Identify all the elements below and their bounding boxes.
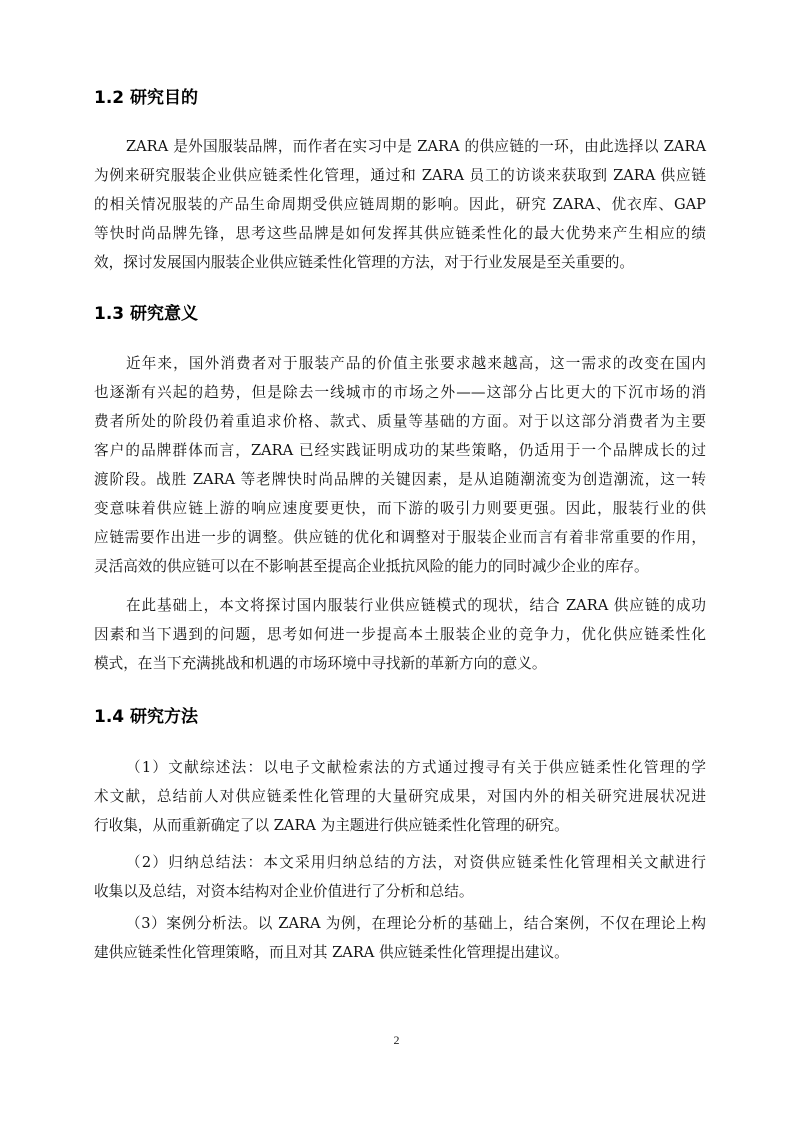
paragraph-line: 等快时尚品牌先锋，思考这些品牌是如何发挥其供应链柔性化的最大优势来产生相应的绩	[94, 224, 706, 244]
paragraph-line: 渡阶段。战胜 ZARA 等老牌快时尚品牌的关键因素，是从追随潮流变为创造潮流，这…	[94, 470, 706, 490]
paragraph-line: 模式，在当下充满挑战和机遇的市场环境中寻找新的革新方向的意义。	[94, 654, 706, 674]
section-heading-1-4: 1.4 研究方法	[94, 707, 198, 727]
paragraph-line: 在此基础上，本文将探讨国内服装行业供应链模式的现状，结合 ZARA 供应链的成功	[126, 596, 706, 616]
paragraph-line: 收集以及总结，对资本结构对企业价值进行了分析和总结。	[94, 882, 706, 902]
paragraph-line: 灵活高效的供应链可以在不影响甚至提高企业抵抗风险的能力的同时减少企业的库存。	[94, 557, 706, 577]
paragraph-line: 变意味着供应链上游的响应速度要更快，而下游的吸引力则要更强。因此，服装行业的供	[94, 499, 706, 519]
paragraph-line: （3）案例分析法。以 ZARA 为例，在理论分析的基础上，结合案例，不仅在理论上…	[126, 914, 706, 934]
paragraph-line: 为例来研究服装企业供应链柔性化管理，通过和 ZARA 员工的访谈来获取到 ZAR…	[94, 166, 706, 186]
document-page: 1.2 研究目的 ZARA 是外国服装品牌，而作者在实习中是 ZARA 的供应链…	[0, 0, 793, 1122]
paragraph-line: 建供应链柔性化管理策略，而且对其 ZARA 供应链柔性化管理提出建议。	[94, 943, 706, 963]
section-heading-1-2: 1.2 研究目的	[94, 88, 198, 108]
paragraph-line: 效，探讨发展国内服装企业供应链柔性化管理的方法，对于行业发展是至关重要的。	[94, 253, 706, 273]
paragraph-line: 应链需要作出进一步的调整。供应链的优化和调整对于服装企业而言有着非常重要的作用，	[94, 528, 706, 548]
paragraph-line: ZARA 是外国服装品牌，而作者在实习中是 ZARA 的供应链的一环，由此选择以…	[126, 137, 706, 157]
paragraph-line: 术文献，总结前人对供应链柔性化管理的大量研究成果，对国内外的相关研究进展状况进	[94, 787, 706, 807]
paragraph-line: 行收集，从而重新确定了以 ZARA 为主题进行供应链柔性化管理的研究。	[94, 816, 706, 836]
section-heading-1-3: 1.3 研究意义	[94, 304, 198, 324]
paragraph-line: （1）文献综述法：以电子文献检索法的方式通过搜寻有关于供应链柔性化管理的学	[126, 758, 706, 778]
paragraph-line: 近年来，国外消费者对于服装产品的价值主张要求越来越高，这一需求的改变在国内	[126, 354, 706, 374]
paragraph-line: 也逐渐有兴起的趋势，但是除去一线城市的市场之外——这部分占比更大的下沉市场的消	[94, 383, 706, 403]
paragraph-line: 客户的品牌群体而言，ZARA 已经实践证明成功的某些策略，仍适用于一个品牌成长的…	[94, 441, 706, 461]
page-number: 2	[0, 1033, 793, 1048]
paragraph-line: 因素和当下遇到的问题，思考如何进一步提高本土服装企业的竞争力，优化供应链柔性化	[94, 625, 706, 645]
paragraph-line: （2）归纳总结法：本文采用归纳总结的方法，对资供应链柔性化管理相关文献进行	[126, 853, 706, 873]
paragraph-line: 的相关情况服装的产品生命周期受供应链周期的影响。因此，研究 ZARA、优衣库、G…	[94, 195, 706, 215]
paragraph-line: 费者所处的阶段仍着重追求价格、款式、质量等基础的方面。对于以这部分消费者为主要	[94, 412, 706, 432]
